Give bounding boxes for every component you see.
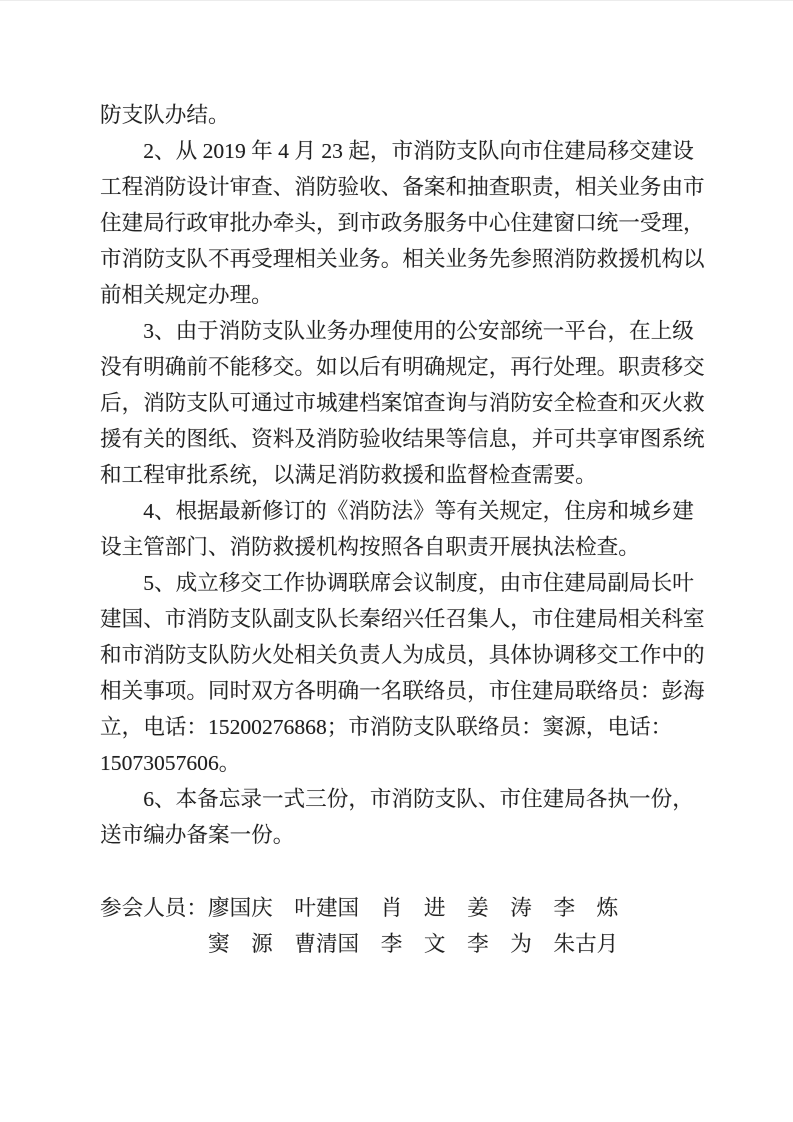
text-line: 市消防支队不再受理相关业务。相关业务先参照消防救援机构以 (100, 241, 696, 277)
text-line: 设主管部门、消防救援机构按照各自职责开展执法检查。 (100, 529, 696, 565)
text-line: 15073057606。 (100, 745, 696, 781)
paragraph-item-6: 6、本备忘录一式三份，市消防支队、市住建局各执一份， 送市编办备案一份。 (100, 781, 696, 853)
text-line: 立，电话：15200276868；市消防支队联络员：窦源，电话： (100, 709, 696, 745)
text-line: 防支队办结。 (100, 97, 696, 133)
document-body: 防支队办结。 2、从 2019 年 4 月 23 起，市消防支队向市住建局移交建… (100, 97, 696, 962)
attendees-section: 参会人员： 廖国庆 叶建国 肖 进 姜 涛 李 炼 窦 源 曹清国 李 文 李 … (100, 890, 696, 962)
text-line: 2、从 2019 年 4 月 23 起，市消防支队向市住建局移交建设 (100, 133, 696, 169)
text-line: 援有关的图纸、资料及消防验收结果等信息，并可共享审图系统 (100, 421, 696, 457)
paragraph-continuation: 防支队办结。 (100, 97, 696, 133)
text-line: 相关事项。同时双方各明确一名联络员，市住建局联络员：彭海 (100, 673, 696, 709)
paragraph-item-2: 2、从 2019 年 4 月 23 起，市消防支队向市住建局移交建设 工程消防设… (100, 133, 696, 313)
text-line: 建国、市消防支队副支队长秦绍兴任召集人，市住建局相关科室 (100, 601, 696, 637)
text-line: 5、成立移交工作协调联席会议制度，由市住建局副局长叶 (100, 565, 696, 601)
text-line: 没有明确前不能移交。如以后有明确规定，再行处理。职责移交 (100, 349, 696, 385)
attendees-row: 廖国庆 叶建国 肖 进 姜 涛 李 炼 (208, 890, 618, 926)
text-line: 和市消防支队防火处相关负责人为成员，具体协调移交工作中的 (100, 637, 696, 673)
text-line: 工程消防设计审查、消防验收、备案和抽查职责，相关业务由市 (100, 169, 696, 205)
attendees-row: 窦 源 曹清国 李 文 李 为 朱古月 (208, 926, 618, 962)
paragraph-item-5: 5、成立移交工作协调联席会议制度，由市住建局副局长叶 建国、市消防支队副支队长秦… (100, 565, 696, 781)
attendees-label: 参会人员： (100, 890, 208, 926)
paragraph-item-3: 3、由于消防支队业务办理使用的公安部统一平台，在上级 没有明确前不能移交。如以后… (100, 313, 696, 493)
text-line: 和工程审批系统，以满足消防救援和监督检查需要。 (100, 457, 696, 493)
text-line: 后，消防支队可通过市城建档案馆查询与消防安全检查和灭火救 (100, 385, 696, 421)
text-line: 住建局行政审批办牵头，到市政务服务中心住建窗口统一受理， (100, 205, 696, 241)
attendees-list: 廖国庆 叶建国 肖 进 姜 涛 李 炼 窦 源 曹清国 李 文 李 为 朱古月 (208, 890, 618, 962)
paragraph-item-4: 4、根据最新修订的《消防法》等有关规定，住房和城乡建 设主管部门、消防救援机构按… (100, 493, 696, 565)
text-line: 3、由于消防支队业务办理使用的公安部统一平台，在上级 (100, 313, 696, 349)
text-line: 4、根据最新修订的《消防法》等有关规定，住房和城乡建 (100, 493, 696, 529)
text-line: 送市编办备案一份。 (100, 817, 696, 853)
text-line: 前相关规定办理。 (100, 277, 696, 313)
document-page: 防支队办结。 2、从 2019 年 4 月 23 起，市消防支队向市住建局移交建… (0, 0, 793, 1122)
text-line: 6、本备忘录一式三份，市消防支队、市住建局各执一份， (100, 781, 696, 817)
